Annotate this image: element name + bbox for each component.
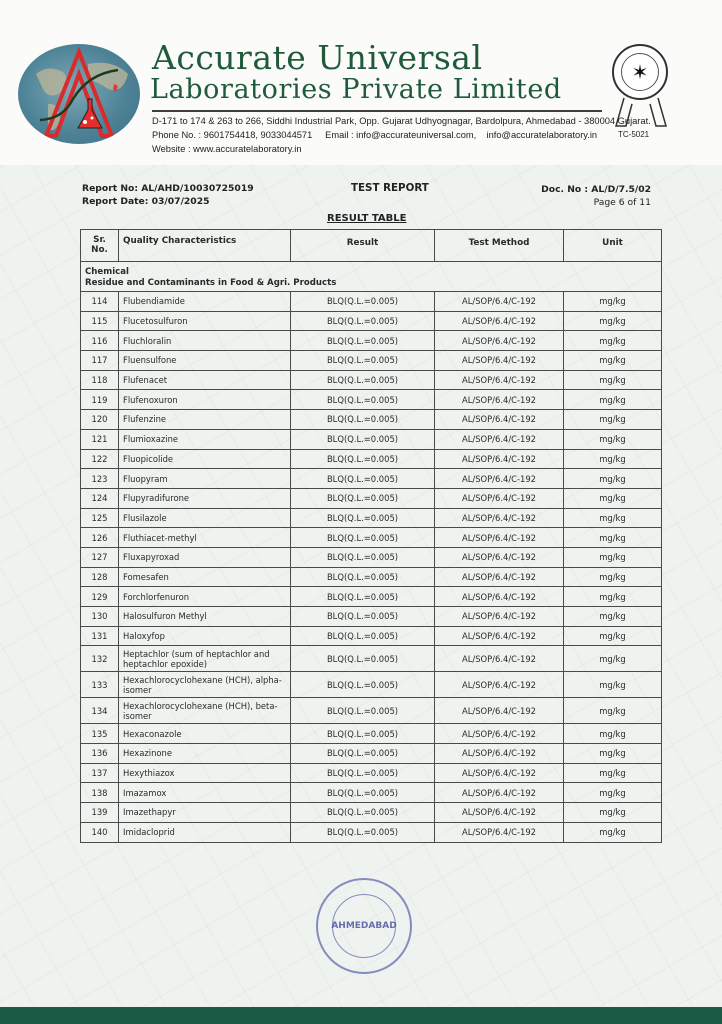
table-row: 124FlupyradifuroneBLQ(Q.L.=0.005)AL/SOP/…: [81, 488, 662, 508]
table-row: 134Hexachlorocyclohexane (HCH), beta- is…: [81, 698, 662, 724]
result-cell: BLQ(Q.L.=0.005): [291, 528, 435, 548]
characteristic-cell: Hexaconazole: [119, 724, 291, 744]
unit-cell: mg/kg: [564, 672, 662, 698]
test-method-cell: AL/SOP/6.4/C-192: [435, 626, 564, 646]
result-table-title: RESULT TABLE: [327, 213, 406, 224]
result-cell: BLQ(Q.L.=0.005): [291, 698, 435, 724]
stamp-city: AHMEDABAD: [332, 894, 396, 958]
unit-cell: mg/kg: [564, 822, 662, 842]
result-cell: BLQ(Q.L.=0.005): [291, 449, 435, 469]
unit-cell: mg/kg: [564, 698, 662, 724]
sr-number-cell: 137: [81, 763, 119, 783]
page-number: Page 6 of 11: [541, 196, 651, 209]
test-method-cell: AL/SOP/6.4/C-192: [435, 803, 564, 823]
table-row: 135HexaconazoleBLQ(Q.L.=0.005)AL/SOP/6.4…: [81, 724, 662, 744]
document-info: Doc. No : AL/D/7.5/02 Page 6 of 11: [541, 183, 651, 209]
table-row: 140ImidaclopridBLQ(Q.L.=0.005)AL/SOP/6.4…: [81, 822, 662, 842]
result-cell: BLQ(Q.L.=0.005): [291, 626, 435, 646]
sr-number-cell: 118: [81, 370, 119, 390]
unit-cell: mg/kg: [564, 646, 662, 672]
result-cell: BLQ(Q.L.=0.005): [291, 763, 435, 783]
unit-cell: mg/kg: [564, 429, 662, 449]
result-cell: BLQ(Q.L.=0.005): [291, 783, 435, 803]
test-method-cell: AL/SOP/6.4/C-192: [435, 488, 564, 508]
test-method-cell: AL/SOP/6.4/C-192: [435, 698, 564, 724]
unit-cell: mg/kg: [564, 488, 662, 508]
sr-number-cell: 129: [81, 587, 119, 607]
table-row: 121FlumioxazineBLQ(Q.L.=0.005)AL/SOP/6.4…: [81, 429, 662, 449]
test-method-cell: AL/SOP/6.4/C-192: [435, 390, 564, 410]
result-cell: BLQ(Q.L.=0.005): [291, 469, 435, 489]
sr-number-cell: 131: [81, 626, 119, 646]
test-method-cell: AL/SOP/6.4/C-192: [435, 763, 564, 783]
result-cell: BLQ(Q.L.=0.005): [291, 488, 435, 508]
unit-cell: mg/kg: [564, 547, 662, 567]
sr-number-cell: 124: [81, 488, 119, 508]
section-subcategory: Residue and Contaminants in Food & Agri.…: [85, 278, 657, 289]
sr-number-cell: 135: [81, 724, 119, 744]
characteristic-cell: Fomesafen: [119, 567, 291, 587]
result-cell: BLQ(Q.L.=0.005): [291, 292, 435, 312]
unit-cell: mg/kg: [564, 803, 662, 823]
accreditation-code: TC-5021: [618, 130, 649, 139]
table-row: 130Halosulfuron MethylBLQ(Q.L.=0.005)AL/…: [81, 607, 662, 627]
table-row: 123FluopyramBLQ(Q.L.=0.005)AL/SOP/6.4/C-…: [81, 469, 662, 489]
sr-number-cell: 120: [81, 410, 119, 430]
result-cell: BLQ(Q.L.=0.005): [291, 331, 435, 351]
sr-number-cell: 114: [81, 292, 119, 312]
result-cell: BLQ(Q.L.=0.005): [291, 646, 435, 672]
accreditation-seal-stand-icon: [612, 96, 672, 130]
table-row: 119FlufenoxuronBLQ(Q.L.=0.005)AL/SOP/6.4…: [81, 390, 662, 410]
unit-cell: mg/kg: [564, 763, 662, 783]
table-row: 127FluxapyroxadBLQ(Q.L.=0.005)AL/SOP/6.4…: [81, 547, 662, 567]
characteristic-cell: Flubendiamide: [119, 292, 291, 312]
table-row: 129ForchlorfenuronBLQ(Q.L.=0.005)AL/SOP/…: [81, 587, 662, 607]
sr-number-cell: 128: [81, 567, 119, 587]
result-cell: BLQ(Q.L.=0.005): [291, 724, 435, 744]
unit-cell: mg/kg: [564, 724, 662, 744]
sr-number-cell: 130: [81, 607, 119, 627]
unit-cell: mg/kg: [564, 331, 662, 351]
result-cell: BLQ(Q.L.=0.005): [291, 390, 435, 410]
result-cell: BLQ(Q.L.=0.005): [291, 351, 435, 371]
characteristic-cell: Hexachlorocyclohexane (HCH), alpha-isome…: [119, 672, 291, 698]
characteristic-cell: Flucetosulfuron: [119, 311, 291, 331]
test-method-cell: AL/SOP/6.4/C-192: [435, 646, 564, 672]
sr-number-cell: 127: [81, 547, 119, 567]
sr-number-cell: 140: [81, 822, 119, 842]
sr-number-cell: 138: [81, 783, 119, 803]
unit-cell: mg/kg: [564, 370, 662, 390]
table-row: 114FlubendiamideBLQ(Q.L.=0.005)AL/SOP/6.…: [81, 292, 662, 312]
characteristic-cell: Forchlorfenuron: [119, 587, 291, 607]
section-title: Chemical Residue and Contaminants in Foo…: [81, 262, 662, 292]
characteristic-cell: Hexachlorocyclohexane (HCH), beta- isome…: [119, 698, 291, 724]
sr-number-cell: 126: [81, 528, 119, 548]
report-number: Report No: AL/AHD/10030725019: [82, 182, 254, 195]
test-method-cell: AL/SOP/6.4/C-192: [435, 587, 564, 607]
sr-number-cell: 134: [81, 698, 119, 724]
unit-cell: mg/kg: [564, 390, 662, 410]
sr-number-cell: 139: [81, 803, 119, 823]
test-method-cell: AL/SOP/6.4/C-192: [435, 672, 564, 698]
sr-number-cell: 116: [81, 331, 119, 351]
result-cell: BLQ(Q.L.=0.005): [291, 370, 435, 390]
test-method-cell: AL/SOP/6.4/C-192: [435, 292, 564, 312]
header-sr-no: Sr. No.: [81, 230, 119, 262]
report-date: Report Date: 03/07/2025: [82, 195, 254, 208]
result-cell: BLQ(Q.L.=0.005): [291, 803, 435, 823]
sr-number-cell: 117: [81, 351, 119, 371]
result-cell: BLQ(Q.L.=0.005): [291, 410, 435, 430]
header-divider: [152, 110, 602, 112]
characteristic-cell: Flusilazole: [119, 508, 291, 528]
sr-number-cell: 132: [81, 646, 119, 672]
table-row: 118FlufenacetBLQ(Q.L.=0.005)AL/SOP/6.4/C…: [81, 370, 662, 390]
table-row: 137HexythiazoxBLQ(Q.L.=0.005)AL/SOP/6.4/…: [81, 763, 662, 783]
result-cell: BLQ(Q.L.=0.005): [291, 672, 435, 698]
footer-band: [0, 1007, 722, 1024]
unit-cell: mg/kg: [564, 567, 662, 587]
lab-seal-stamp-icon: AHMEDABAD: [316, 878, 412, 974]
unit-cell: mg/kg: [564, 311, 662, 331]
unit-cell: mg/kg: [564, 626, 662, 646]
header-unit: Unit: [564, 230, 662, 262]
result-cell: BLQ(Q.L.=0.005): [291, 587, 435, 607]
company-name-line2: Laboratories Private Limited: [150, 74, 562, 105]
characteristic-cell: Heptachlor (sum of heptachlor and heptac…: [119, 646, 291, 672]
table-row: 122FluopicolideBLQ(Q.L.=0.005)AL/SOP/6.4…: [81, 449, 662, 469]
table-row: 128FomesafenBLQ(Q.L.=0.005)AL/SOP/6.4/C-…: [81, 567, 662, 587]
unit-cell: mg/kg: [564, 508, 662, 528]
report-page: Accurate Universal Laboratories Private …: [0, 0, 722, 1024]
sr-number-cell: 119: [81, 390, 119, 410]
sr-number-cell: 115: [81, 311, 119, 331]
characteristic-cell: Flupyradifurone: [119, 488, 291, 508]
header-test-method: Test Method: [435, 230, 564, 262]
characteristic-cell: Fluthiacet-methyl: [119, 528, 291, 548]
table-row: 116FluchloralinBLQ(Q.L.=0.005)AL/SOP/6.4…: [81, 331, 662, 351]
test-method-cell: AL/SOP/6.4/C-192: [435, 528, 564, 548]
unit-cell: mg/kg: [564, 292, 662, 312]
table-row: 131HaloxyfopBLQ(Q.L.=0.005)AL/SOP/6.4/C-…: [81, 626, 662, 646]
sr-number-cell: 121: [81, 429, 119, 449]
section-category: Chemical: [85, 267, 657, 278]
header-result: Result: [291, 230, 435, 262]
table-row: 139ImazethapyrBLQ(Q.L.=0.005)AL/SOP/6.4/…: [81, 803, 662, 823]
result-cell: BLQ(Q.L.=0.005): [291, 744, 435, 764]
lab-flask-globe-logo-icon: [18, 44, 140, 144]
report-identifiers: Report No: AL/AHD/10030725019 Report Dat…: [82, 182, 254, 208]
table-row: 120FlufenzineBLQ(Q.L.=0.005)AL/SOP/6.4/C…: [81, 410, 662, 430]
test-method-cell: AL/SOP/6.4/C-192: [435, 783, 564, 803]
characteristic-cell: Haloxyfop: [119, 626, 291, 646]
unit-cell: mg/kg: [564, 783, 662, 803]
test-method-cell: AL/SOP/6.4/C-192: [435, 508, 564, 528]
company-name-line1: Accurate Universal: [152, 38, 483, 77]
unit-cell: mg/kg: [564, 744, 662, 764]
test-method-cell: AL/SOP/6.4/C-192: [435, 547, 564, 567]
table-row: 126Fluthiacet-methylBLQ(Q.L.=0.005)AL/SO…: [81, 528, 662, 548]
accreditation-seal-icon: ✶: [612, 44, 668, 100]
characteristic-cell: Imazethapyr: [119, 803, 291, 823]
table-row: 115FlucetosulfuronBLQ(Q.L.=0.005)AL/SOP/…: [81, 311, 662, 331]
test-method-cell: AL/SOP/6.4/C-192: [435, 370, 564, 390]
characteristic-cell: Hexythiazox: [119, 763, 291, 783]
result-cell: BLQ(Q.L.=0.005): [291, 822, 435, 842]
characteristic-cell: Imazamox: [119, 783, 291, 803]
result-cell: BLQ(Q.L.=0.005): [291, 508, 435, 528]
characteristic-cell: Hexazinone: [119, 744, 291, 764]
characteristic-cell: Fluensulfone: [119, 351, 291, 371]
unit-cell: mg/kg: [564, 351, 662, 371]
sr-number-cell: 133: [81, 672, 119, 698]
result-cell: BLQ(Q.L.=0.005): [291, 607, 435, 627]
unit-cell: mg/kg: [564, 587, 662, 607]
characteristic-cell: Flufenoxuron: [119, 390, 291, 410]
table-row: 132Heptachlor (sum of heptachlor and hep…: [81, 646, 662, 672]
test-method-cell: AL/SOP/6.4/C-192: [435, 410, 564, 430]
sr-number-cell: 123: [81, 469, 119, 489]
test-method-cell: AL/SOP/6.4/C-192: [435, 724, 564, 744]
header-quality-characteristics: Quality Characteristics: [119, 230, 291, 262]
result-cell: BLQ(Q.L.=0.005): [291, 429, 435, 449]
test-method-cell: AL/SOP/6.4/C-192: [435, 744, 564, 764]
test-method-cell: AL/SOP/6.4/C-192: [435, 311, 564, 331]
unit-cell: mg/kg: [564, 410, 662, 430]
result-cell: BLQ(Q.L.=0.005): [291, 567, 435, 587]
characteristic-cell: Imidacloprid: [119, 822, 291, 842]
test-method-cell: AL/SOP/6.4/C-192: [435, 429, 564, 449]
test-method-cell: AL/SOP/6.4/C-192: [435, 822, 564, 842]
characteristic-cell: Flumioxazine: [119, 429, 291, 449]
characteristic-cell: Flufenacet: [119, 370, 291, 390]
table-row: 133Hexachlorocyclohexane (HCH), alpha-is…: [81, 672, 662, 698]
test-method-cell: AL/SOP/6.4/C-192: [435, 567, 564, 587]
sr-number-cell: 136: [81, 744, 119, 764]
document-number: Doc. No : AL/D/7.5/02: [541, 183, 651, 196]
unit-cell: mg/kg: [564, 449, 662, 469]
test-method-cell: AL/SOP/6.4/C-192: [435, 351, 564, 371]
table-header-row: Sr. No. Quality Characteristics Result T…: [81, 230, 662, 262]
test-method-cell: AL/SOP/6.4/C-192: [435, 469, 564, 489]
company-contact: Phone No. : 9601754418, 9033044571 Email…: [152, 130, 597, 140]
characteristic-cell: Fluchloralin: [119, 331, 291, 351]
sr-number-cell: 122: [81, 449, 119, 469]
characteristic-cell: Flufenzine: [119, 410, 291, 430]
sr-number-cell: 125: [81, 508, 119, 528]
result-cell: BLQ(Q.L.=0.005): [291, 547, 435, 567]
test-method-cell: AL/SOP/6.4/C-192: [435, 331, 564, 351]
report-title: TEST REPORT: [351, 182, 429, 194]
unit-cell: mg/kg: [564, 469, 662, 489]
characteristic-cell: Fluxapyroxad: [119, 547, 291, 567]
company-address: D-171 to 174 & 263 to 266, Siddhi Indust…: [152, 116, 651, 126]
characteristic-cell: Fluopicolide: [119, 449, 291, 469]
test-method-cell: AL/SOP/6.4/C-192: [435, 607, 564, 627]
result-table: Sr. No. Quality Characteristics Result T…: [80, 229, 662, 843]
test-method-cell: AL/SOP/6.4/C-192: [435, 449, 564, 469]
unit-cell: mg/kg: [564, 528, 662, 548]
characteristic-cell: Halosulfuron Methyl: [119, 607, 291, 627]
table-row: 136HexazinoneBLQ(Q.L.=0.005)AL/SOP/6.4/C…: [81, 744, 662, 764]
star-icon: ✶: [621, 53, 659, 91]
unit-cell: mg/kg: [564, 607, 662, 627]
result-cell: BLQ(Q.L.=0.005): [291, 311, 435, 331]
characteristic-cell: Fluopyram: [119, 469, 291, 489]
company-website: Website : www.accuratelaboratory.in: [152, 144, 302, 154]
table-row: 138ImazamoxBLQ(Q.L.=0.005)AL/SOP/6.4/C-1…: [81, 783, 662, 803]
table-row: 117FluensulfoneBLQ(Q.L.=0.005)AL/SOP/6.4…: [81, 351, 662, 371]
section-header-row: Chemical Residue and Contaminants in Foo…: [81, 262, 662, 292]
table-row: 125FlusilazoleBLQ(Q.L.=0.005)AL/SOP/6.4/…: [81, 508, 662, 528]
